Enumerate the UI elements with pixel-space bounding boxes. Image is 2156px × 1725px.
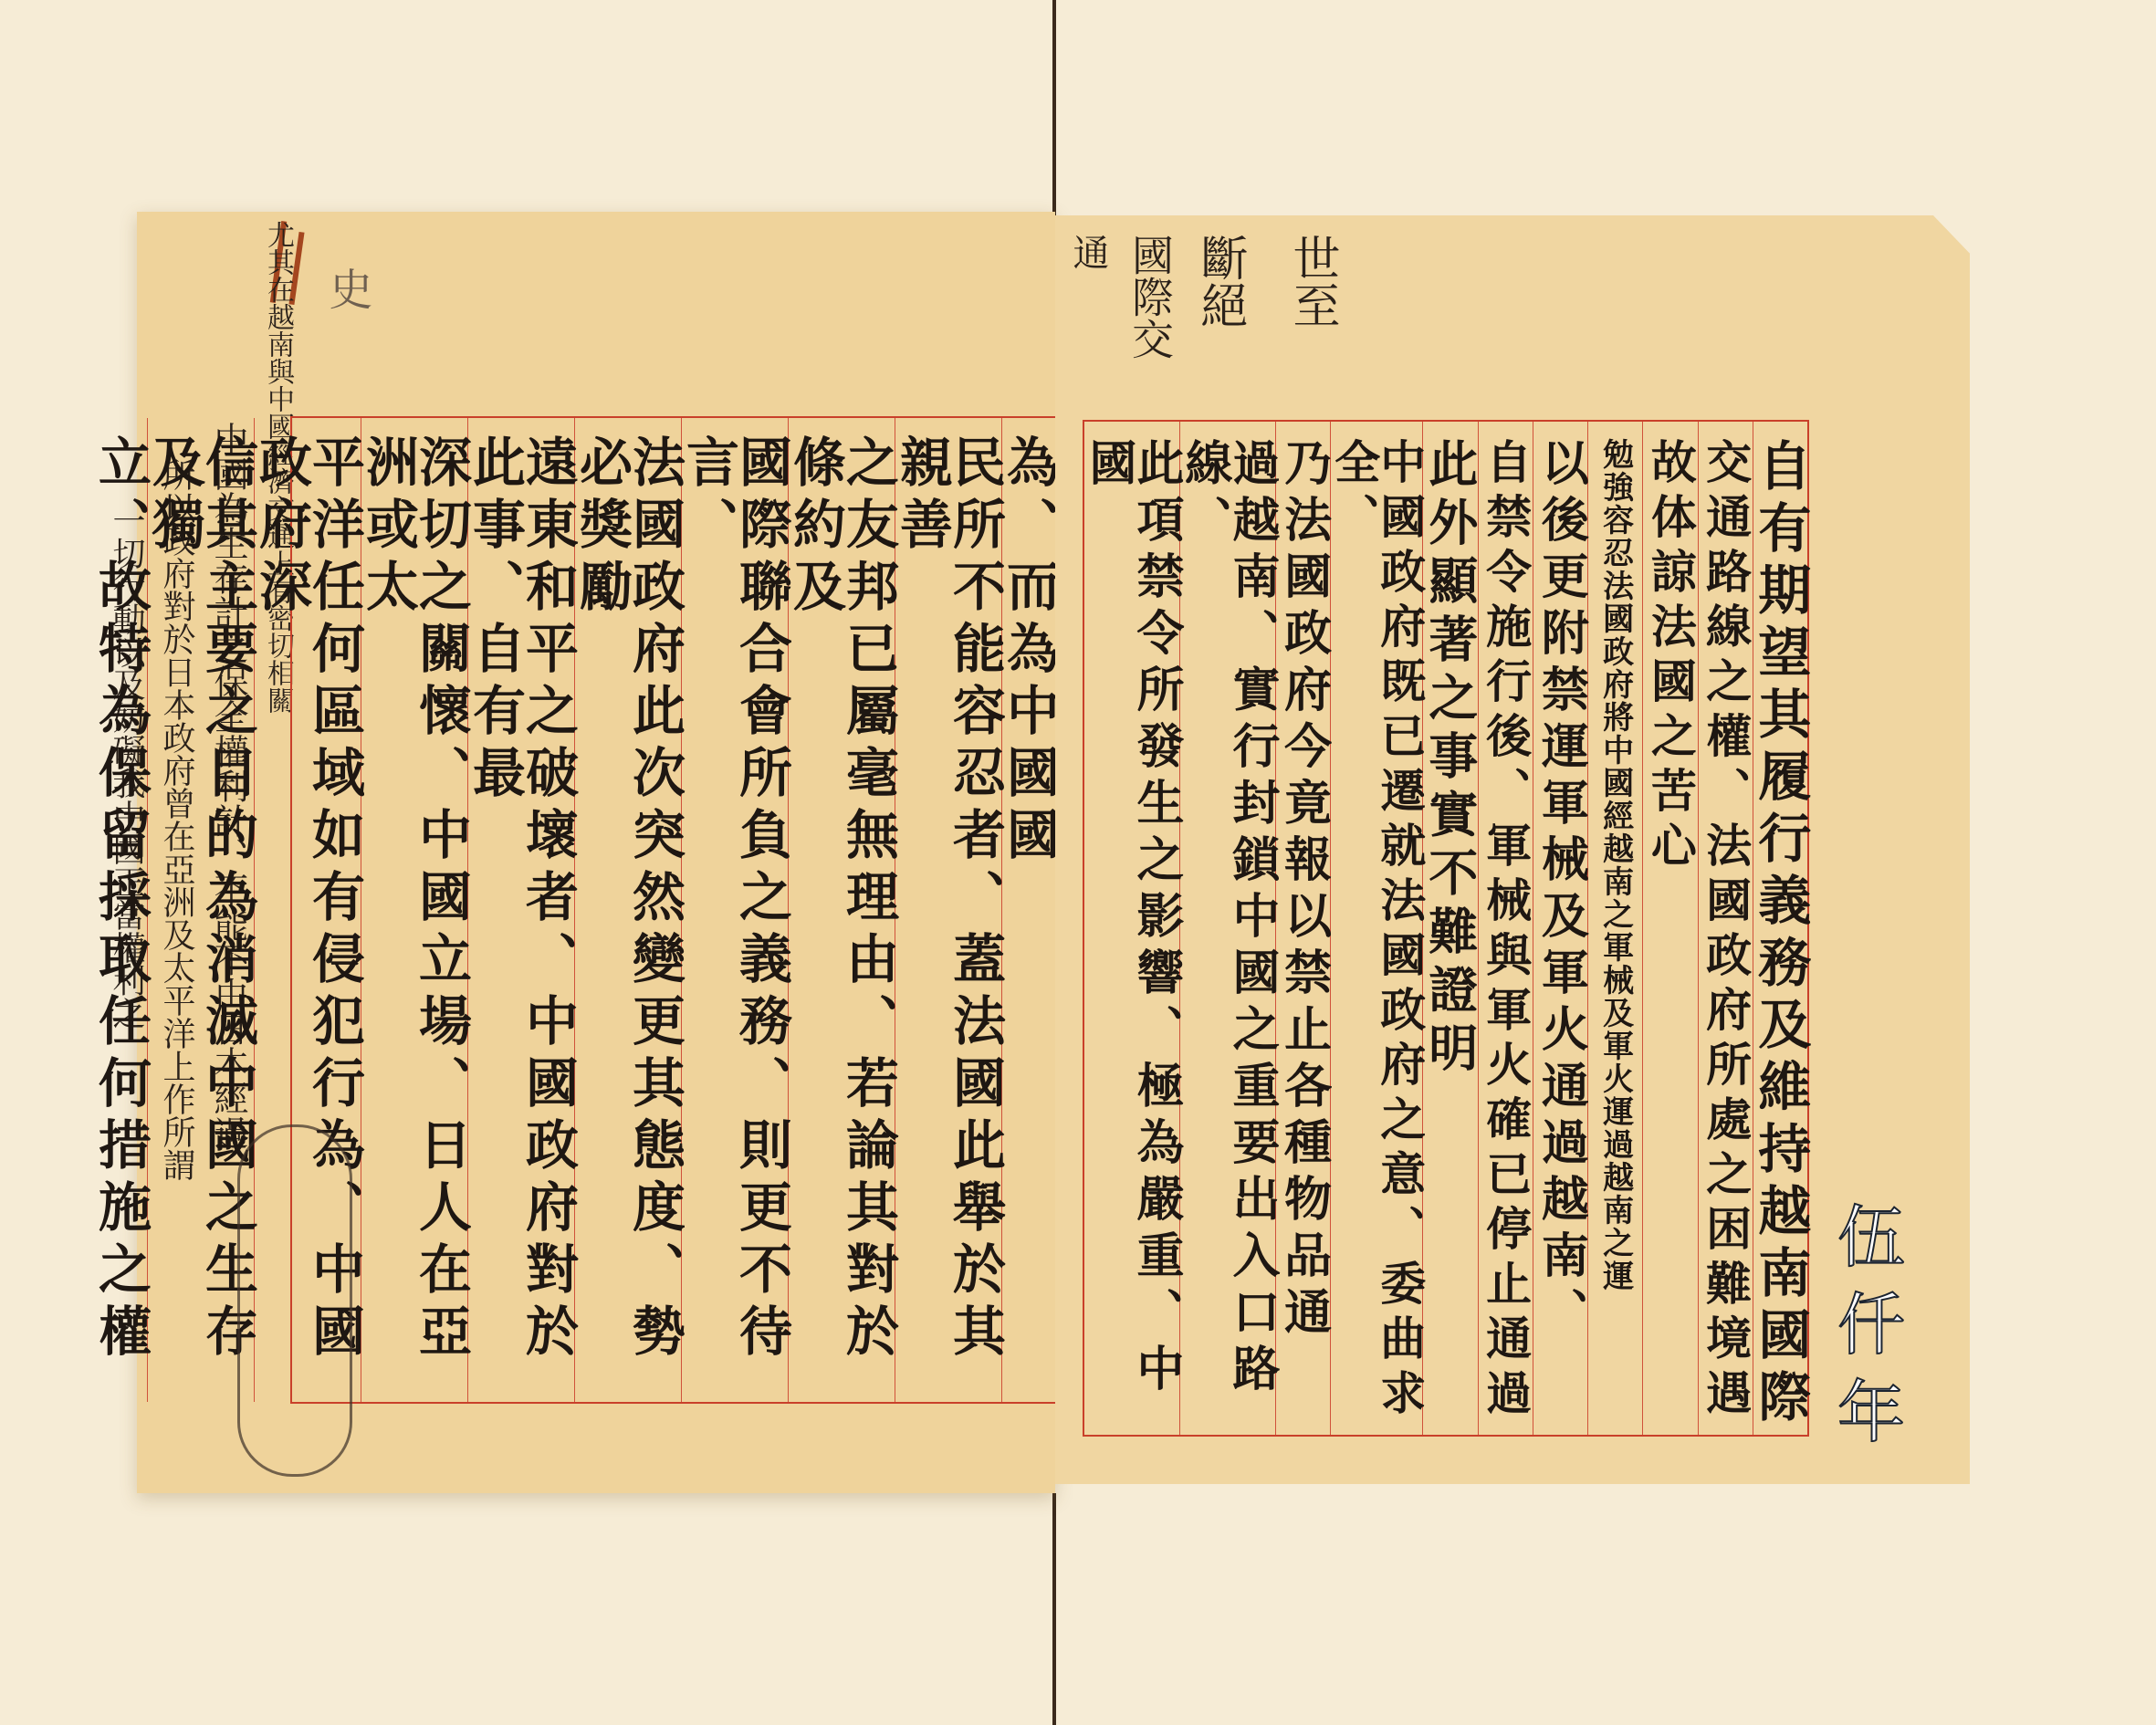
text-column: 故体諒法國之苦心 [1642, 422, 1697, 1435]
text-column: 乃法國政府今竟報以禁止各種物品通 [1275, 422, 1330, 1435]
text-column: 自禁令施行後、軍械與軍火確已停止通過 [1478, 422, 1533, 1435]
text-column: 此外顯著之事實不難證明 [1422, 422, 1477, 1435]
right-page: 世至 斷絕 國際交 通 自有期望其履行義務及維持越南國際 交通路線之權、法國政府… [1055, 215, 1970, 1484]
text-column: 民所不能容忍者、蓋法國此舉於其親善 [895, 418, 1001, 1402]
text-column: 遠東和平之破壞者、中國政府對於此事、自有最 [467, 418, 574, 1402]
text-column: 過越南、實行封鎖中國之重要出入口路線、 [1179, 422, 1275, 1435]
revision-loop [237, 1124, 352, 1477]
text-column: 中國政府既已遷就法國政府之意、委曲求全、 [1330, 422, 1422, 1435]
text-column: 之友邦已屬毫無理由、若論其對於條約及 [788, 418, 895, 1402]
text-column: 以後更附禁運軍械及軍火通過越南、 [1533, 422, 1587, 1435]
text-column: 深切之關懷、中國立場、日人在亞洲或太 [361, 418, 467, 1402]
text-column: 法國政府此次突然變更其態度、勢必獎勵 [574, 418, 681, 1402]
pencil-mark: 史 [316, 267, 379, 310]
mount-divider-bottom [1052, 1493, 1056, 1725]
text-column: 勉強容忍法國政府將中國經越南之軍械及軍火運過越南之運 [1587, 422, 1642, 1435]
ruled-grid-right: 自有期望其履行義務及維持越南國際 交通路線之權、法國政府所處之困難境遇 故体諒法… [1083, 420, 1809, 1437]
text-column: 國際聯合會所負之義務、則更不待言、 [681, 418, 788, 1402]
ruled-grid-left: 政府自不得不視為最不友誼之行為、而為中國國 民所不能容忍者、蓋法國此舉於其親善 … [290, 416, 1110, 1404]
year-stamp: 伍仟年 [1817, 1201, 1914, 1464]
text-column: 自有期望其履行義務及維持越南國際 [1753, 422, 1807, 1435]
mount-divider-top [1052, 0, 1056, 215]
left-page: 史 尤其在越南與中國經濟交通上有密切相關 中國為生存計之保全權利計、不能不由日本… [137, 212, 1055, 1493]
text-column: 立、故特為保留採取任何措施之權 [94, 418, 147, 1402]
text-column: 交通路線之權、法國政府所處之困難境遇 [1698, 422, 1753, 1435]
text-column: 此項禁令所發生之影響、極為嚴重、中國 [1084, 422, 1179, 1435]
